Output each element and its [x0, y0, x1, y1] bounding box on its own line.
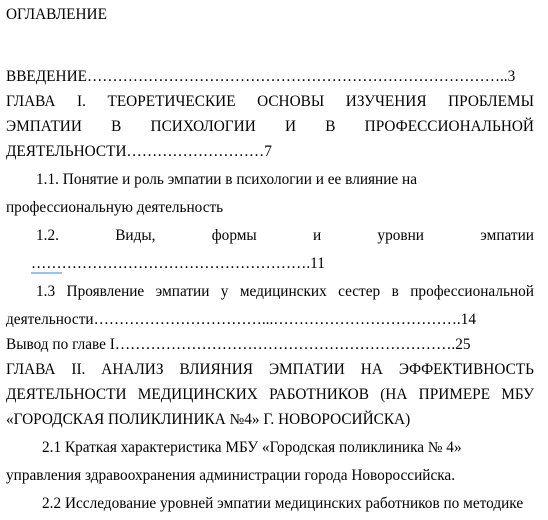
- entry-page: 25: [455, 336, 470, 353]
- word: II.: [71, 359, 85, 381]
- toc-entry-chapter2-line2: ДЕЯТЕЛЬНОСТИ МЕДИЦИНСКИХ РАБОТНИКОВ (НА …: [6, 384, 534, 406]
- word: профессиональной: [410, 281, 534, 303]
- word: I.: [77, 91, 86, 113]
- word: и: [313, 225, 321, 247]
- word: ЭМПАТИИ: [269, 359, 345, 381]
- entry-leader: ……………………………...……………………………….: [94, 311, 461, 328]
- word: МЕДИЦИНСКИХ: [138, 384, 258, 406]
- word: НА: [361, 359, 383, 381]
- word: ДЕЯТЕЛЬНОСТИ: [6, 384, 127, 406]
- word: ЭФФЕКТИВНОСТЬ: [399, 359, 534, 381]
- word: В: [111, 116, 121, 138]
- entry-title: ДЕЯТЕЛЬНОСТИ: [6, 143, 127, 160]
- toc-entry-1-2-line1: 1.2. Виды, формы и уровни эмпатии: [36, 225, 534, 247]
- entry-page: 11: [310, 255, 325, 272]
- word: ОСНОВЫ: [257, 91, 324, 113]
- word: ПРОФЕССИОНАЛЬНОЙ: [365, 116, 534, 138]
- toc-entry-1-1-line1: 1.1. Понятие и роль эмпатии в психологии…: [36, 169, 534, 191]
- entry-leader: ………………………………………….: [62, 255, 311, 272]
- toc-entry-chapter2-line3: «ГОРОДСКАЯ ПОЛИКЛИНИКА №4» Г. НОВОРОСИЙС…: [6, 409, 534, 431]
- entry-page: 14: [461, 311, 476, 328]
- word: ТЕОРЕТИЧЕСКИЕ: [107, 91, 235, 113]
- word: ИЗУЧЕНИЯ: [346, 91, 427, 113]
- word: ГЛАВА: [6, 91, 55, 113]
- toc-entry-chapter1-line3: ДЕЯТЕЛЬНОСТИ………………………7: [6, 141, 534, 163]
- toc-entry-1-3-line1: 1.3 Проявление эмпатии у медицинских сес…: [36, 281, 534, 303]
- entry-title: ВВЕДЕНИЕ: [6, 68, 87, 85]
- toc-entry-2-2-line1: 2.2 Исследование уровней эмпатии медицин…: [42, 493, 534, 515]
- word: ПРОБЛЕМЫ: [448, 91, 534, 113]
- spellcheck-marked-leader: ……: [31, 255, 62, 274]
- word: эмпатии: [156, 281, 210, 303]
- word: АНАЛИЗ: [101, 359, 163, 381]
- word: И: [285, 116, 296, 138]
- word: МБУ: [501, 384, 534, 406]
- word: формы: [212, 225, 257, 247]
- word: сестер: [338, 281, 380, 303]
- toc-entry-2-1-line1: 2.1 Краткая характеристика МБУ «Городска…: [42, 437, 534, 459]
- word: уровни: [377, 225, 424, 247]
- word: ГЛАВА: [6, 359, 55, 381]
- word: РАБОТНИКОВ: [269, 384, 369, 406]
- entry-title: деятельности: [6, 311, 94, 328]
- toc-entry-1-1-line2: профессиональную деятельность: [6, 197, 534, 219]
- word: ПРИМЕРЕ: [419, 384, 490, 406]
- toc-entry-chapter1-line1: ГЛАВА I. ТЕОРЕТИЧЕСКИЕ ОСНОВЫ ИЗУЧЕНИЯ П…: [6, 91, 534, 113]
- toc-entry-1-2-line2: ……………………………………………….11: [31, 253, 534, 275]
- toc-entry-chapter1-conclusion: Вывод по главе I………………………………………………………….2…: [6, 334, 534, 356]
- entry-leader: ………………………………………………………………………..: [87, 68, 508, 85]
- entry-leader: ………………………………………………………….: [115, 336, 455, 353]
- word: (НА: [380, 384, 407, 406]
- word: медицинских: [240, 281, 327, 303]
- entry-page: 3: [508, 68, 516, 85]
- toc-entry-chapter2-line1: ГЛАВА II. АНАЛИЗ ВЛИЯНИЯ ЭМПАТИИ НА ЭФФЕ…: [6, 359, 534, 381]
- word: В: [325, 116, 335, 138]
- word: в: [392, 281, 399, 303]
- word: Виды,: [115, 225, 155, 247]
- word: Проявление: [67, 281, 145, 303]
- entry-title: Вывод по главе I: [6, 336, 115, 353]
- toc-entry-introduction: ВВЕДЕНИЕ………………………………………………………………………..3: [6, 66, 534, 88]
- toc-entry-1-3-line2: деятельности……………………………...……………………………….1…: [6, 309, 534, 331]
- toc-heading: ОГЛАВЛЕНИЕ: [6, 4, 534, 26]
- word: ВЛИЯНИЯ: [179, 359, 253, 381]
- toc-entry-2-1-line2: управления здравоохранения администрации…: [6, 465, 534, 487]
- word: ЭМПАТИИ: [6, 116, 82, 138]
- word: 1.2.: [36, 225, 59, 247]
- entry-leader: ………………………: [127, 143, 265, 160]
- word: эмпатии: [480, 225, 534, 247]
- entry-page: 7: [264, 143, 272, 160]
- word: у: [221, 281, 229, 303]
- word: ПСИХОЛОГИИ: [151, 116, 256, 138]
- toc-entry-chapter1-line2: ЭМПАТИИ В ПСИХОЛОГИИ И В ПРОФЕССИОНАЛЬНО…: [6, 116, 534, 138]
- word: 1.3: [36, 281, 55, 303]
